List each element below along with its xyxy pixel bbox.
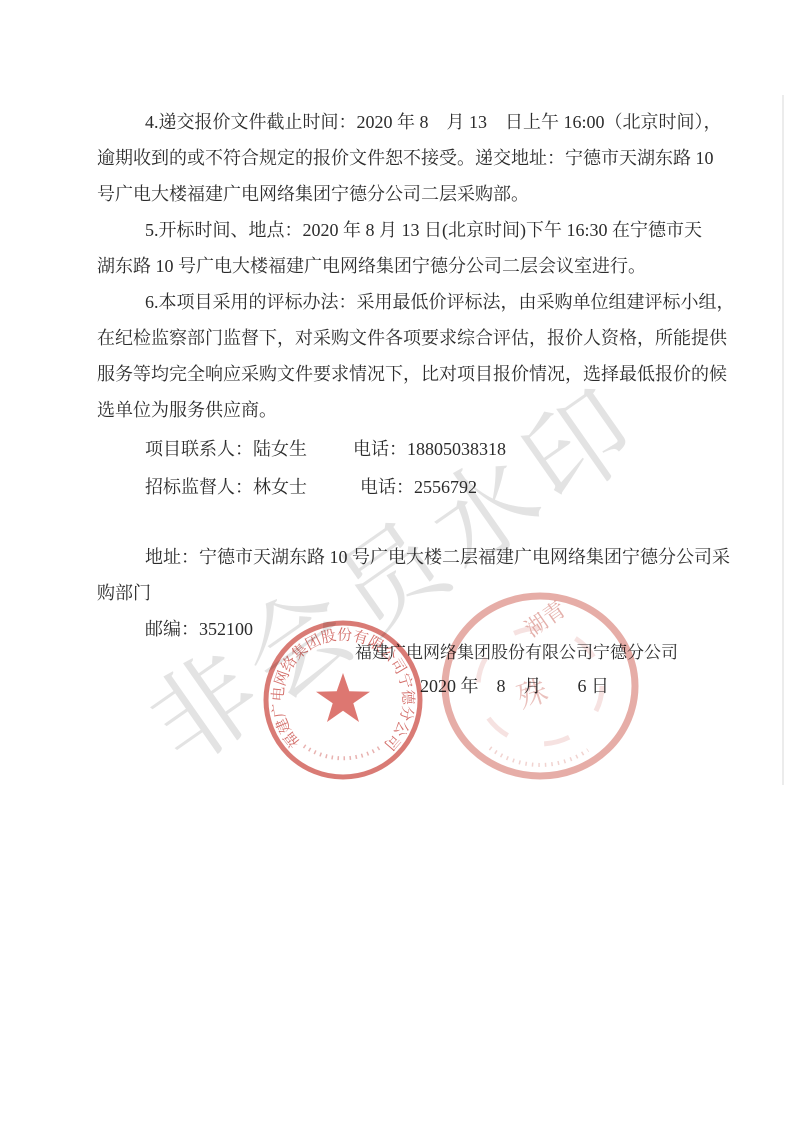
- document-text-layer: 4.递交报价文件截止时间：2020 年 8 月 13 日上午 16:00（北京时…: [0, 0, 793, 1121]
- contact-project-phone: 电话：18805038318: [353, 431, 506, 467]
- document-page: 非会员水印 4.递交报价文件截止时间：2020 年 8 月 13 日上午 16:…: [0, 0, 793, 1121]
- contact-row-supervisor: 招标监督人：林女士 电话：2556792: [97, 469, 697, 505]
- seal-star-icon: [316, 673, 370, 722]
- paragraph-evaluation-method: 6.本项目采用的评标办法：采用最低价评标法，由采购单位组建评标小组，在纪检监察部…: [97, 284, 697, 428]
- contact-row-project: 项目联系人：陆女生 电话：18805038318: [97, 431, 697, 467]
- text-line: 4.递交报价文件截止时间：2020 年 8 月 13 日上午 16:00（北京时…: [97, 104, 697, 140]
- company-seal-left: 福建广电网络集团股份有限公司宁德分公司: [261, 616, 427, 782]
- text-line: 5.开标时间、地点：2020 年 8 月 13 日(北京时间)下午 16:30 …: [97, 212, 697, 248]
- text-line: 逾期收到的或不符合规定的报价文件恕不接受。递交地址：宁德市天湖东路 10: [97, 140, 697, 176]
- text-line: 选单位为服务供应商。: [97, 392, 697, 428]
- seal-right-fragment-center: 殊: [513, 674, 552, 715]
- contact-supervisor-phone: 电话：2556792: [360, 469, 477, 505]
- text-line: 湖东路 10 号广电大楼福建广电网络集团宁德分公司二层会议室进行。: [97, 248, 697, 284]
- seal-right-fragment-top: 湖青: [520, 596, 570, 642]
- text-line: 号广电大楼福建广电网络集团宁德分公司二层采购部。: [97, 176, 697, 212]
- text-line: 6.本项目采用的评标办法：采用最低价评标法，由采购单位组建评标小组，: [97, 284, 697, 320]
- seal-right-bottom-marks: [490, 748, 588, 765]
- contact-project-label: 项目联系人：陆女生: [145, 431, 307, 467]
- paragraph-bid-opening: 5.开标时间、地点：2020 年 8 月 13 日(北京时间)下午 16:30 …: [97, 212, 697, 284]
- text-line: 地址：宁德市天湖东路 10 号广电大楼二层福建广电网络集团宁德分公司采: [97, 539, 697, 575]
- contact-supervisor-label: 招标监督人：林女士: [145, 469, 307, 505]
- text-line: 在纪检监察部门监督下，对采购文件各项要求综合评估，报价人资格，所能提供: [97, 320, 697, 356]
- company-seal-right: 湖青 殊: [438, 588, 642, 784]
- paragraph-submission-deadline: 4.递交报价文件截止时间：2020 年 8 月 13 日上午 16:00（北京时…: [97, 104, 697, 212]
- seal-left-bottom-marks: [304, 746, 382, 758]
- postal-code: 邮编：352100: [145, 611, 253, 647]
- text-line: 服务等均完全响应采购文件要求情况下，比对项目报价情况，选择最低报价的候: [97, 356, 697, 392]
